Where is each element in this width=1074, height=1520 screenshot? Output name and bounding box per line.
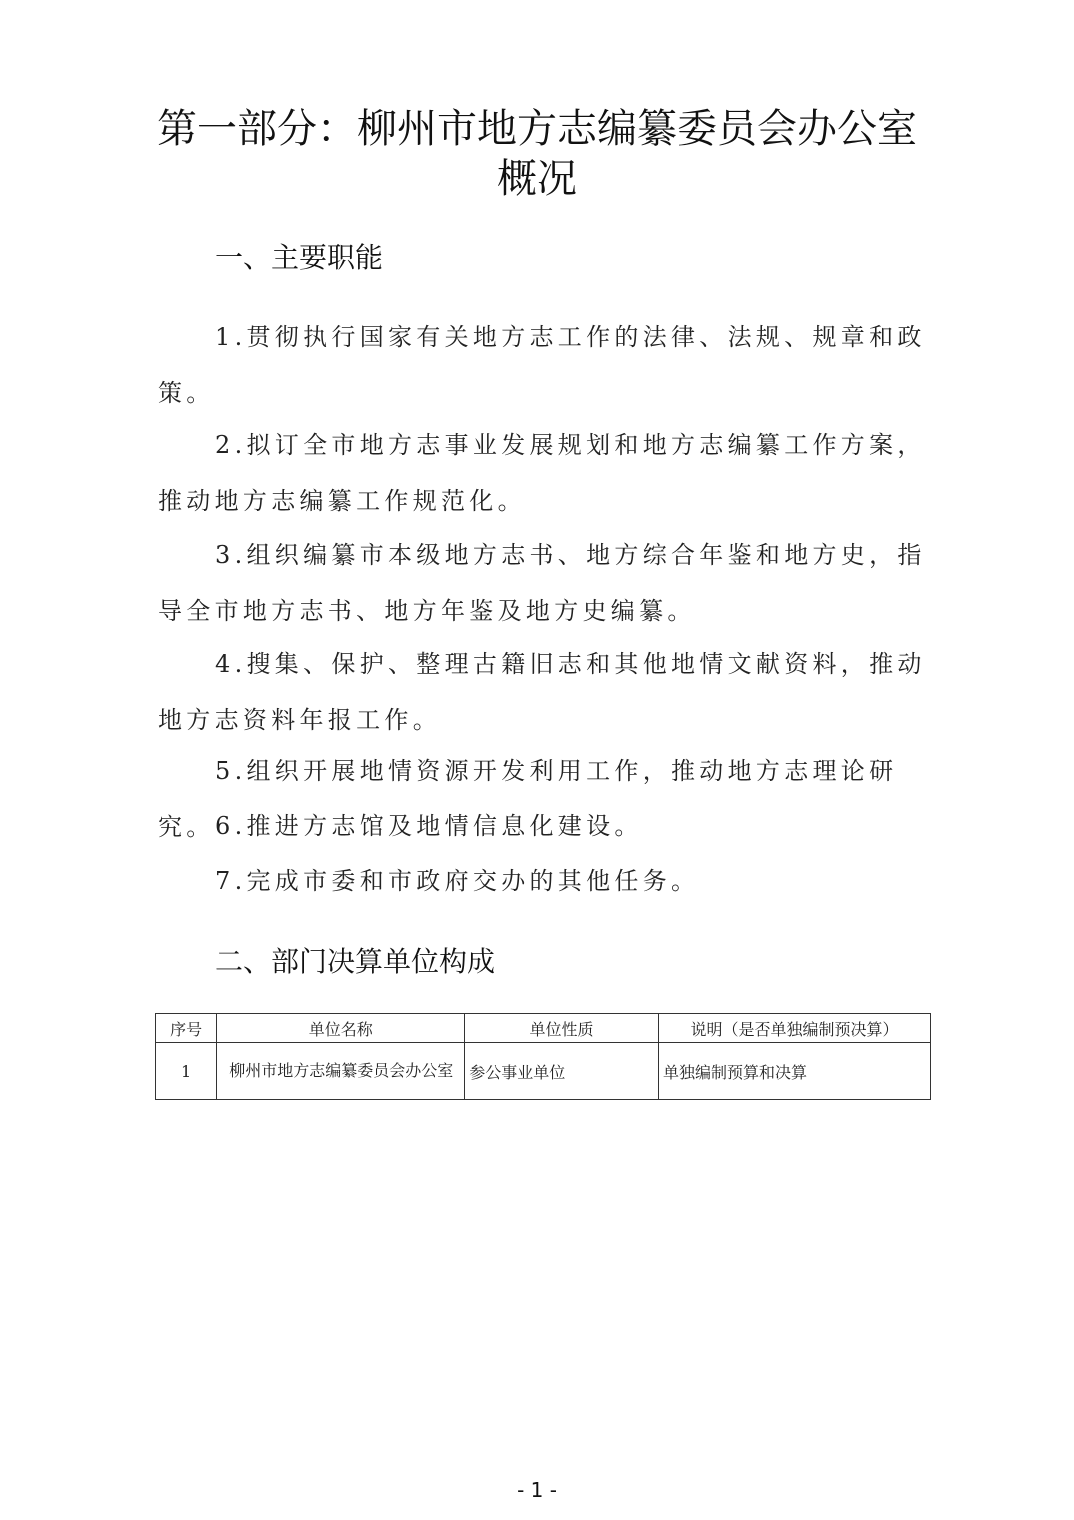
function-item-4: 4.搜集、保护、整理古籍旧志和其他地情文献资料，推动地方志资料年报工作。 [158,636,938,748]
title-line-2: 概况 [0,154,1074,204]
table-row: 1 柳州市地方志编纂委员会办公室 参公事业单位 单独编制预算和决算 [156,1043,931,1100]
section-heading-main-functions: 一、主要职能 [215,236,383,276]
header-serial: 序号 [156,1014,217,1043]
function-item-7: 7.完成市委和市政府交办的其他任务。 [158,853,938,909]
cell-unit-name: 柳州市地方志编纂委员会办公室 [217,1043,465,1100]
header-unit-nature: 单位性质 [465,1014,659,1043]
header-description: 说明（是否单独编制预决算） [658,1014,930,1043]
function-item-2: 2.拟订全市地方志事业发展规划和地方志编纂工作方案，推动地方志编纂工作规范化。 [158,417,938,529]
header-unit-name: 单位名称 [217,1014,465,1043]
page-number: - 1 - [0,1478,1074,1502]
section-heading-unit-composition: 二、部门决算单位构成 [215,940,495,980]
function-item-6: 6.推进方志馆及地情信息化建设。 [158,798,938,854]
function-item-1: 1.贯彻执行国家有关地方志工作的法律、法规、规章和政策。 [158,309,938,421]
unit-composition-table: 序号 单位名称 单位性质 说明（是否单独编制预决算） 1 柳州市地方志编纂委员会… [155,1013,931,1100]
cell-description: 单独编制预算和决算 [658,1043,930,1100]
page-title: 第一部分：柳州市地方志编纂委员会办公室 概况 [0,104,1074,204]
title-line-1: 第一部分：柳州市地方志编纂委员会办公室 [0,104,1074,154]
cell-unit-nature: 参公事业单位 [465,1043,659,1100]
cell-serial: 1 [156,1043,217,1100]
table-header-row: 序号 单位名称 单位性质 说明（是否单独编制预决算） [156,1014,931,1043]
function-item-3: 3.组织编纂市本级地方志书、地方综合年鉴和地方史，指导全市地方志书、地方年鉴及地… [158,527,938,639]
